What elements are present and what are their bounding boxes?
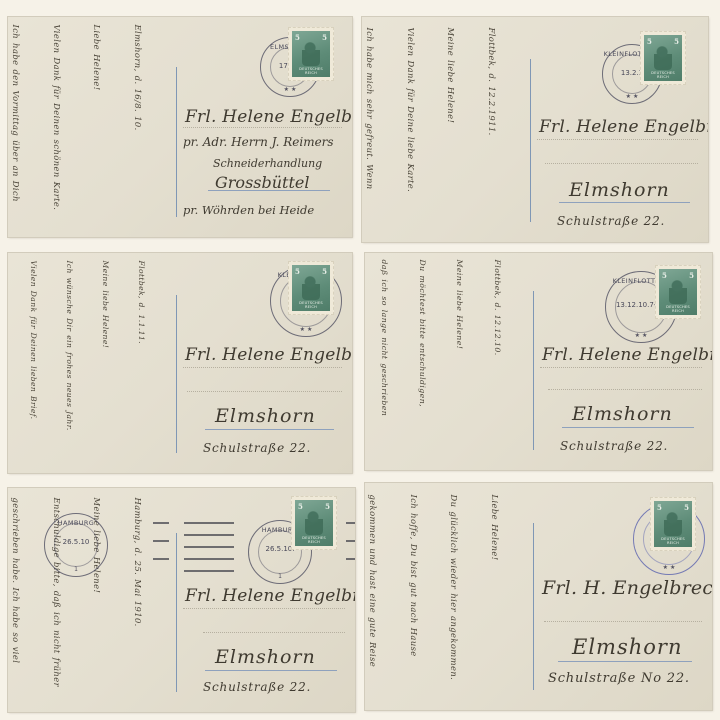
message-greeting: Meine liebe Helene! [99,261,111,466]
handwritten-message: Flottbek, d. 12.12.10. Meine liebe Helen… [365,253,530,470]
address-street: Schulstraße 22. [183,441,342,455]
postcard-1: Elmshorn, d. 16/8. 10. Liebe Helene! Vie… [8,17,352,237]
address-block: Frl. H. Engelbrecht Elmshorn Schulstraße… [540,483,702,710]
message-date: Flottbek, d. 1.1.11. [135,261,147,466]
card-divider [533,291,534,450]
address-block: Frl. Helene Engelbrecht Elmshorn Schulst… [183,488,345,712]
card-divider [176,67,177,217]
address-city: Elmshorn [537,179,698,201]
card-divider [533,523,534,690]
message-greeting: Meine liebe Helene! [444,27,458,232]
address-street: Schulstraße 22. [537,214,698,228]
postmark-number: 1 [45,566,107,573]
address-street: Schulstraße 22. [183,680,345,694]
postcard-4: Flottbek, d. 12.12.10. Meine liebe Helen… [365,253,712,470]
message-line: Ich habe mich sehr gefreut. Wenn [363,27,377,232]
address-street: Schulstraße No 22. [540,671,702,686]
message-greeting: Liebe Helene! [90,25,104,230]
message-line: Ich habe den Vormittag über an Dich [9,25,23,230]
message-greeting: Meine liebe Helene! [453,259,466,464]
postcard-6: Liebe Helene! Du glücklich wieder hier a… [365,483,712,710]
postmark-date: 26.5.10 [45,538,107,546]
address-street: Schulstraße 22. [540,439,702,453]
message-line: Vielen Dank für Deinen schönen Karte. [49,25,63,230]
address-line-3: Schneiderhandlung [183,157,342,170]
handwritten-message: Flottbek, d. 1.1.11. Meine liebe Helene!… [8,253,173,473]
address-block: Frl. Helene Engelbrecht pr. Adr. Herrn J… [183,17,342,237]
message-line: Du glücklich wieder hier angekommen. [447,494,461,699]
message-line: gekommen und hast eine gute Reise [366,494,380,699]
address-city: Elmshorn [183,646,345,668]
card-divider [530,59,531,222]
address-block: Frl. Helene Engelbrecht Elmshorn Schulst… [183,253,342,473]
handwritten-message: Flottbek, d. 12.2.1911. Meine liebe Hele… [362,17,527,242]
message-line: daß ich so lange nicht geschrieben [378,259,391,464]
address-block: Frl. Helene Engelbrecht Elmshorn Schulst… [537,17,698,242]
message-date: Flottbek, d. 12.2.1911. [484,27,498,232]
recipient-name: Frl. Helene Engelbrecht [540,345,702,365]
address-city: Elmshorn [540,635,702,659]
message-line: Ich wünsche Dir ein frohes neues Jahr. [63,261,75,466]
card-divider [176,533,177,692]
message-date: Elmshorn, d. 16/8. 10. [130,25,144,230]
message-line: Vielen Dank für Deine liebe Karte. [403,27,417,232]
card-divider [176,295,177,453]
message-line: Vielen Dank für Deinen lieben Brief. [27,261,39,466]
postcard-3: Flottbek, d. 1.1.11. Meine liebe Helene!… [8,253,352,473]
postmark-town: HAMBURG [45,519,107,527]
address-city: Elmshorn [540,403,702,425]
message-line: geschrieben habe. Ich habe so viel [9,498,23,703]
address-street: pr. Wöhrden bei Heide [183,203,342,217]
recipient-name: Frl. Helene Engelbrecht [183,345,342,365]
message-date: Flottbek, d. 12.12.10. [490,259,503,464]
handwritten-message: Elmshorn, d. 16/8. 10. Liebe Helene! Vie… [8,17,173,237]
address-block: Frl. Helene Engelbrecht Elmshorn Schulst… [540,253,702,470]
handwritten-message: Liebe Helene! Du glücklich wieder hier a… [365,483,530,710]
postcard-5: Hamburg, d. 25. Mai 1910. Meine liebe He… [8,488,355,712]
recipient-name: Frl. Helene Engelbrecht [183,586,345,606]
recipient-name: Frl. Helene Engelbrecht [183,107,342,127]
recipient-name: Frl. Helene Engelbrecht [537,117,698,137]
postmark-secondary: HAMBURG 26.5.10 1 [44,513,108,577]
message-date: Hamburg, d. 25. Mai 1910. [130,498,144,703]
message-greeting: Liebe Helene! [487,494,501,699]
recipient-name: Frl. H. Engelbrecht [540,577,702,599]
address-city: Elmshorn [183,405,342,427]
address-line-2: pr. Adr. Herrn J. Reimers [183,135,342,149]
message-line: Du möchtest bitte entschuldigen, [415,259,428,464]
message-line: Ich hoffe, Du bist gut nach Hause [406,494,420,699]
postcard-2: Flottbek, d. 12.2.1911. Meine liebe Hele… [362,17,708,242]
